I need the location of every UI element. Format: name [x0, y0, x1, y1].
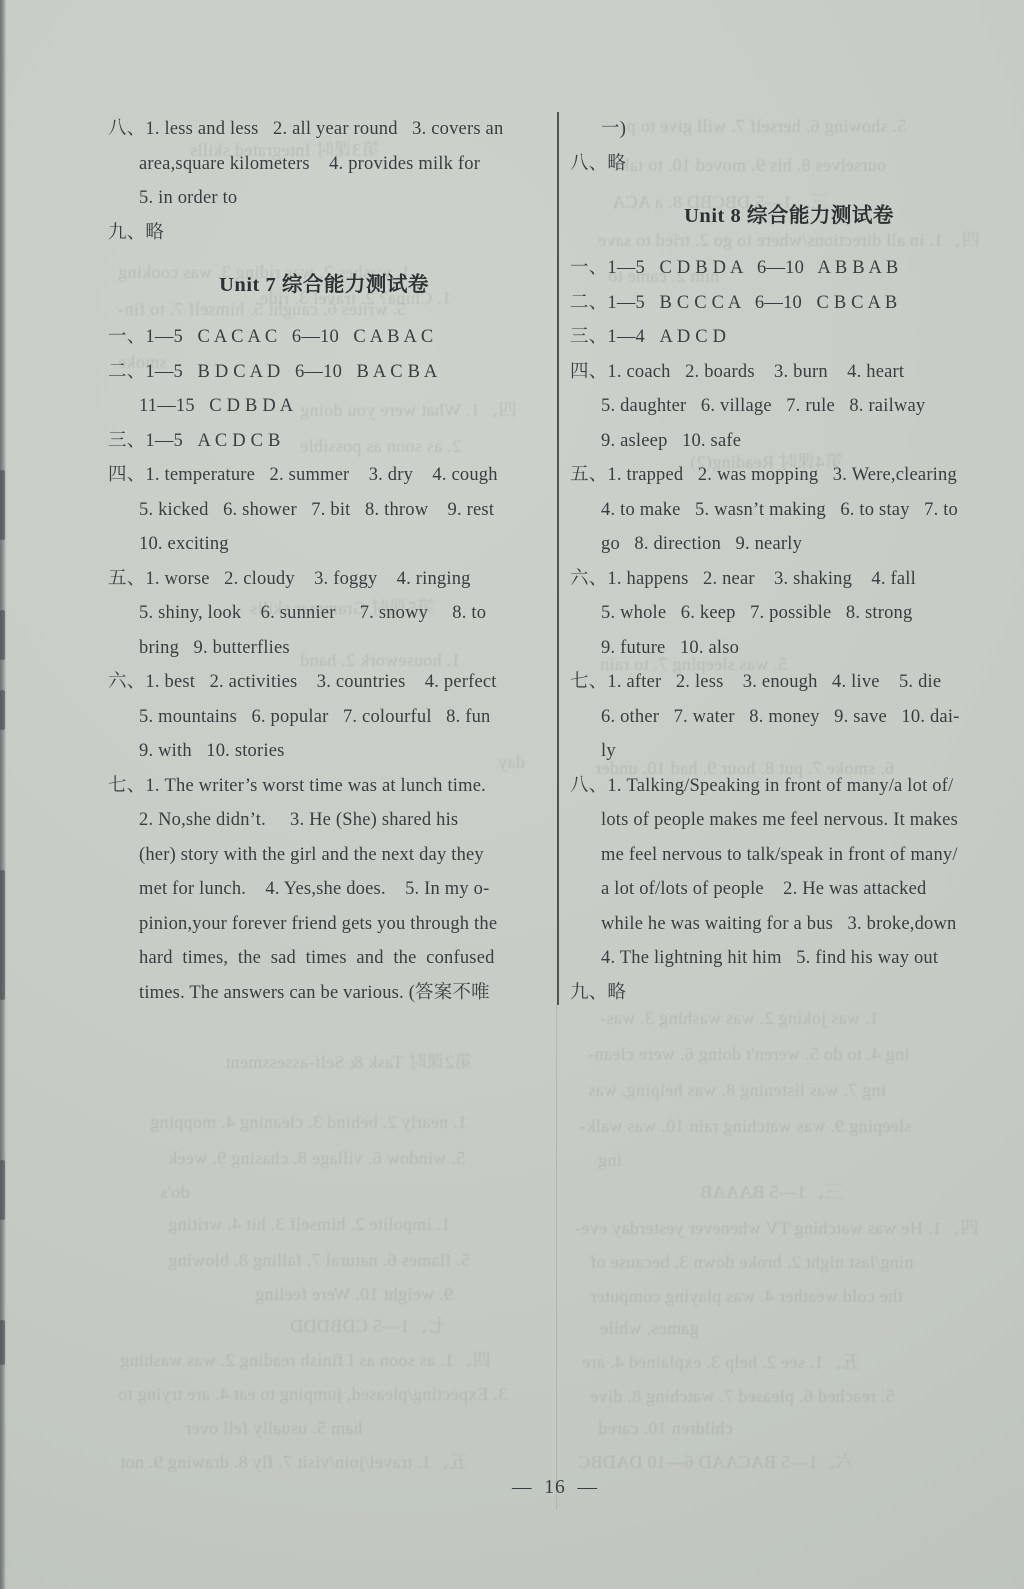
- answer-line: 四、1. temperature 2. summer 3. dry 4. cou…: [108, 458, 540, 493]
- unit-test-heading: Unit 8 综合能力测试卷: [570, 198, 1008, 235]
- scan-edge-mark: [0, 1160, 5, 1220]
- bleedthrough-text: 1. nearly 2. behind 3. cleaning 4. moppi…: [150, 1112, 467, 1132]
- answer-line: 二、1—5 B C C C A 6—10 C B C A B: [570, 286, 1008, 321]
- answer-line: 一、1—5 C D B D A 6—10 A B B A B: [570, 251, 1008, 286]
- answer-line: while he was waiting for a bus 3. broke,…: [570, 907, 1008, 942]
- answer-line: area,square kilometers 4. provides milk …: [108, 147, 540, 182]
- bleedthrough-text: ing 4. to do 5. weren't doing 6. were cl…: [588, 1044, 909, 1064]
- bleedthrough-text: do's: [160, 1182, 189, 1202]
- scan-edge-mark: [0, 610, 5, 660]
- bleedthrough-text: 第2课时 Task & Self-assessment: [225, 1052, 472, 1072]
- answers-column-left: 八、1. less and less 2. all year round 3. …: [108, 112, 540, 1010]
- bleedthrough-text: 四、1. as soon as I finish reading 2. was …: [120, 1350, 491, 1370]
- answer-line: 9. with 10. stories: [108, 734, 540, 769]
- bleedthrough-text: 七、1—5 CDBDDD: [290, 1316, 446, 1336]
- answer-line: 九、略: [570, 976, 1008, 1011]
- answer-line: met for lunch. 4. Yes,she does. 5. In my…: [108, 872, 540, 907]
- answer-line: 5. shiny, look 6. sunnier 7. snowy 8. to: [108, 596, 540, 631]
- bleedthrough-text: ing 7. was listening 8. was helping, was: [588, 1080, 886, 1100]
- bleedthrough-text: 1. was joking 2. was washing 3. was-: [600, 1008, 879, 1028]
- answer-line: 八、1. Talking/Speaking in front of many/a…: [570, 769, 1008, 804]
- answer-line: 七、1. The writer’s worst time was at lunc…: [108, 769, 540, 804]
- answer-line: 五、1. worse 2. cloudy 3. foggy 4. ringing: [108, 562, 540, 597]
- answer-line: times. The answers can be various. (答案不唯: [108, 976, 540, 1011]
- scan-edge-mark: [0, 870, 5, 1000]
- answers-column-right: 一)八、略Unit 8 综合能力测试卷一、1—5 C D B D A 6—10 …: [570, 112, 1008, 1010]
- bleedthrough-text: games, while: [600, 1318, 699, 1338]
- bleedthrough-text: children 10. cared: [598, 1418, 733, 1438]
- answer-line: 一、1—5 C A C A C 6—10 C A B A C: [108, 320, 540, 355]
- bleedthrough-text: 5. reached 6. pleased 7. watching 8. div…: [590, 1386, 895, 1406]
- answer-line: lots of people makes me feel nervous. It…: [570, 803, 1008, 838]
- bleedthrough-text: 5. window 6. village 8. chasing 9. week: [168, 1148, 465, 1168]
- unit-test-heading: Unit 7 综合能力测试卷: [108, 267, 540, 304]
- bleedthrough-text: ham 5. usually fell over: [185, 1418, 363, 1438]
- answer-line: 6. other 7. water 8. money 9. save 10. d…: [570, 700, 1008, 735]
- answer-line: 5. kicked 6. shower 7. bit 8. throw 9. r…: [108, 493, 540, 528]
- bleedthrough-text: 五、1. travel/join/visit 7. fly 8. drawing…: [120, 1452, 468, 1472]
- bleedthrough-text: ning/last night 2. broke down 3. because…: [590, 1252, 913, 1272]
- bleedthrough-text: ing: [598, 1150, 622, 1170]
- answer-line: me feel nervous to talk/speak in front o…: [570, 838, 1008, 873]
- bleedthrough-text: 9. weight 10. Were feeling: [255, 1284, 453, 1304]
- bleedthrough-text: 五、1. see 2. help 3. explained 4. are: [582, 1352, 860, 1372]
- answer-line: bring 9. butterflies: [108, 631, 540, 666]
- answer-line: (her) story with the girl and the next d…: [108, 838, 540, 873]
- bleedthrough-text: 三、1—5 BAAAB: [700, 1182, 843, 1202]
- answer-line: 三、1—4 A D C D: [570, 320, 1008, 355]
- page-fold-crease: [556, 1005, 557, 1510]
- answer-line: 五、1. trapped 2. was mopping 3. Were,clea…: [570, 458, 1008, 493]
- answer-line: hard times, the sad times and the confus…: [108, 941, 540, 976]
- answer-line: 六、1. happens 2. near 3. shaking 4. fall: [570, 562, 1008, 597]
- page-number: — 16 —: [512, 1477, 598, 1499]
- bleedthrough-text: 5. flames 6. natural 7. falling 8. blowi…: [168, 1250, 470, 1270]
- bleedthrough-text: 六、1—5 BACAAD 6—10 DADBC: [578, 1452, 854, 1472]
- answer-line: 5. whole 6. keep 7. possible 8. strong: [570, 596, 1008, 631]
- bleedthrough-text: sleeping 9. was watching rain 10. was wa…: [580, 1116, 911, 1136]
- answer-line: 八、略: [570, 147, 1008, 182]
- bleedthrough-text: 1. impolite 2. himself 3. hit 4. writing: [168, 1214, 450, 1234]
- answer-line: 八、1. less and less 2. all year round 3. …: [108, 112, 540, 147]
- answer-line: 二、1—5 B D C A D 6—10 B A C B A: [108, 355, 540, 390]
- answer-line: pinion,your forever friend gets you thro…: [108, 907, 540, 942]
- answer-line: 9. asleep 10. safe: [570, 424, 1008, 459]
- answer-line: 三、1—5 A C D C B: [108, 424, 540, 459]
- answer-line: 9. future 10. also: [570, 631, 1008, 666]
- scanned-page: 第3课时 Integrated skills1. washes 2. was r…: [0, 0, 1024, 1589]
- answer-line: ly: [570, 734, 1008, 769]
- bleedthrough-text: 四、1. He was watching TV whenever yesterd…: [575, 1218, 978, 1238]
- bleedthrough-text: the cold weather 4. was playing computer: [590, 1286, 902, 1306]
- answer-line: 2. No,she didn’t. 3. He (She) shared his: [108, 803, 540, 838]
- answer-line: 4. to make 5. wasn’t making 6. to stay 7…: [570, 493, 1008, 528]
- answer-line: 5. in order to: [108, 181, 540, 216]
- bleedthrough-text: 3. Expecting/pleased, jumping to eat 4. …: [118, 1384, 507, 1404]
- answer-line: 六、1. best 2. activities 3. countries 4. …: [108, 665, 540, 700]
- answer-line: a lot of/lots of people 2. He was attack…: [570, 872, 1008, 907]
- scan-edge-mark: [0, 1320, 5, 1365]
- answer-line: 5. mountains 6. popular 7. colourful 8. …: [108, 700, 540, 735]
- column-divider-rule: [557, 112, 559, 1005]
- answer-line: 4. The lightning hit him 5. find his way…: [570, 941, 1008, 976]
- answer-line: 九、略: [108, 216, 540, 251]
- answer-line: 七、1. after 2. less 3. enough 4. live 5. …: [570, 665, 1008, 700]
- answer-line: 11—15 C D B D A: [108, 389, 540, 424]
- answer-line: 5. daughter 6. village 7. rule 8. railwa…: [570, 389, 1008, 424]
- scan-edge-mark: [0, 470, 5, 540]
- answer-line: 一): [570, 112, 1008, 147]
- answer-line: go 8. direction 9. nearly: [570, 527, 1008, 562]
- scan-edge-mark: [0, 690, 5, 730]
- answer-line: 10. exciting: [108, 527, 540, 562]
- answer-line: 四、1. coach 2. boards 3. burn 4. heart: [570, 355, 1008, 390]
